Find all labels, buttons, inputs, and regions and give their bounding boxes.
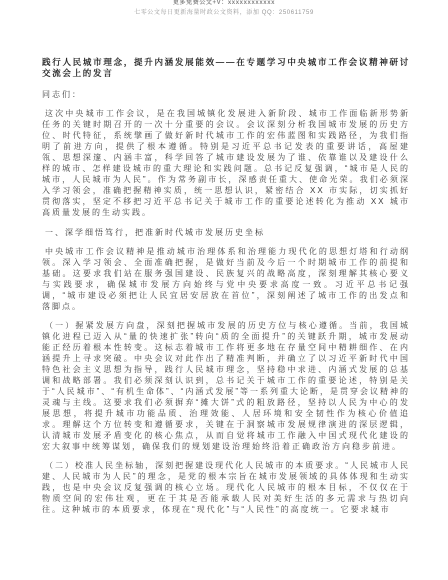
paragraph-section-lead: 中央城市工作会议精神是推动城市治理体系和治理能力现代化的思想灯塔和行动纲领。深入…: [42, 246, 410, 312]
header-note-line2: 七零公文每日更新海量时政公文资料，添加 QQ：250611759: [0, 9, 448, 17]
document-title: 践行人民城市理念，提升内涵发展能效——在专题学习中央城市工作会议精神研讨交流会上…: [42, 57, 410, 79]
section-heading-1: 一、深学细悟笃行，把准新时代城市发展历史坐标: [42, 227, 410, 238]
document-body: 践行人民城市理念，提升内涵发展能效——在专题学习中央城市工作会议精神研讨交流会上…: [0, 57, 448, 515]
paragraph-point-2: （二）校准人民坐标轴，深刻把握建设现代化人民城市的本质要求。“人民城市人民建、人…: [42, 460, 410, 515]
header-note-line1: 更多免费公文+V：xxxxxxxxxxxx: [0, 0, 448, 7]
document-page: 更多免费公文+V：xxxxxxxxxxxx 七零公文每日更新海量时政公文资料，添…: [0, 0, 448, 580]
salutation: 同志们：: [42, 89, 410, 100]
paragraph-intro: 这次中央城市工作会议，是在我国城镇化发展进入新阶段、城市工作面临新形势新任务的关…: [42, 108, 410, 218]
paragraph-point-1: （一）握紧发展方向盘，深刻把握城市发展的历史方位与核心遵循。当前，我国城镇化进程…: [42, 320, 410, 452]
page-header-note: 更多免费公文+V：xxxxxxxxxxxx 七零公文每日更新海量时政公文资料，添…: [0, 0, 448, 17]
